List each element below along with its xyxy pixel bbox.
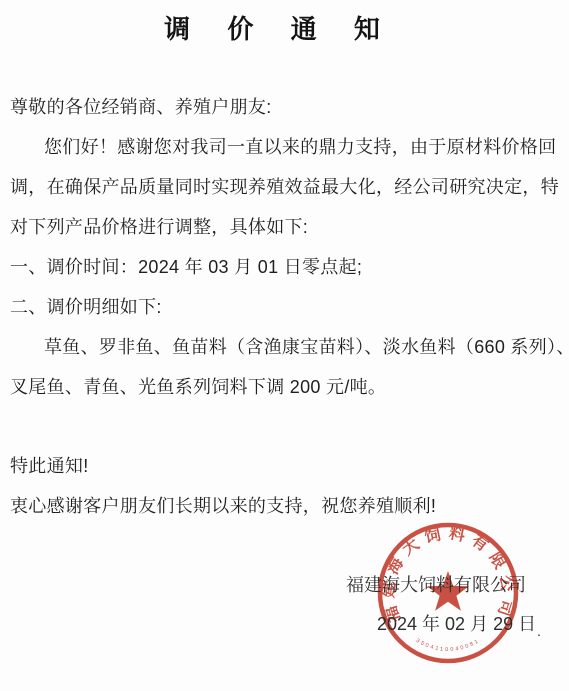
salutation-line: 尊敬的各位经销商、养殖户朋友: xyxy=(10,96,272,118)
signature-date-period: . xyxy=(537,620,541,642)
detail-line: 草鱼、罗非鱼、鱼苗料（含渔康宝苗料）、淡水鱼料（660 系列）、 xyxy=(44,336,569,358)
body-paragraph-line: 调，在确保产品质量同时实现养殖效益最大化，经公司研究决定，特 xyxy=(10,176,559,198)
closing-thanks: 衷心感谢客户朋友们长期以来的支持，祝您养殖顺利! xyxy=(10,495,436,517)
body-paragraph-line: 对下列产品价格进行调整，具体如下: xyxy=(10,216,308,238)
page-title: 调 价 通 知 xyxy=(0,9,569,46)
signature-company: 福建海大饲料有限公司 xyxy=(346,574,526,596)
closing-notice: 特此通知! xyxy=(10,455,89,477)
seal-serial-number: 3504110040081 xyxy=(415,638,482,653)
price-adjustment-notice: 调 价 通 知 尊敬的各位经销商、养殖户朋友: 您们好！感谢您对我司一直以来的鼎… xyxy=(0,0,569,691)
list-item-detail: 二、调价明细如下: xyxy=(10,296,162,318)
body-paragraph-line: 您们好！感谢您对我司一直以来的鼎力支持，由于原材料价格回 xyxy=(44,136,556,158)
signature-date: 2024 年 02 月 29 日 xyxy=(377,613,536,635)
detail-line: 叉尾鱼、青鱼、光鱼系列饲料下调 200 元/吨。 xyxy=(10,376,386,398)
list-item-time: 一、调价时间：2024 年 03 月 01 日零点起; xyxy=(10,256,362,278)
